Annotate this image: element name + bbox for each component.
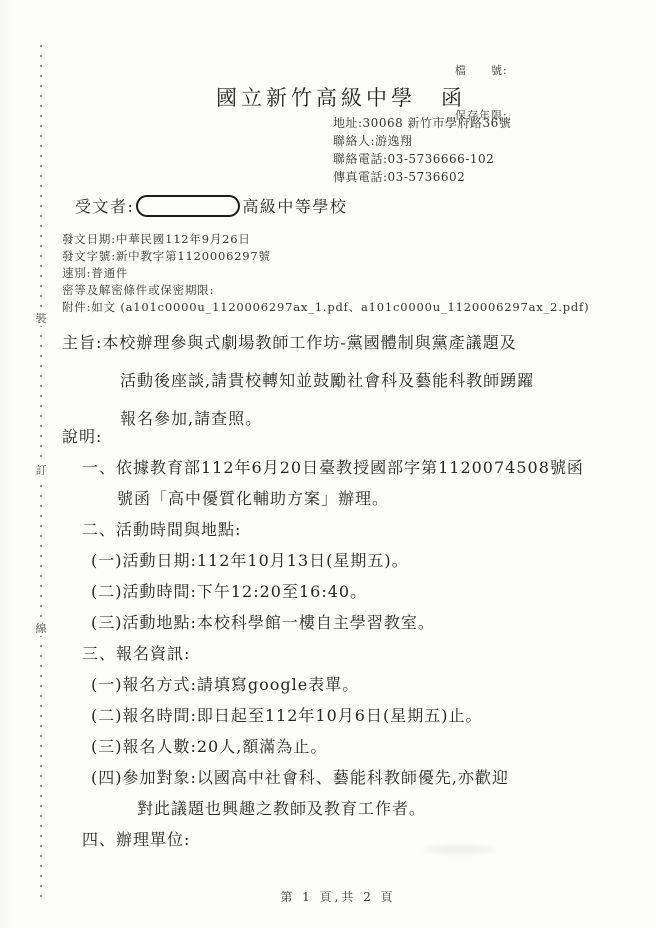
body-line: (三)報名人數:20人,額滿為止。 xyxy=(62,731,622,762)
priority-line: 速別:普通件 xyxy=(62,265,589,282)
redaction-box xyxy=(136,195,240,217)
attachment-line: 附件:如文 (a101c0000u_1120006297ax_1.pdf、a10… xyxy=(62,299,589,316)
body-line: (三)活動地點:本校科學館一樓自主學習教室。 xyxy=(62,607,622,638)
body-line: 二、活動時間與地點: xyxy=(62,514,622,545)
binding-mark-zhuang: 裝 xyxy=(31,312,51,326)
description-heading: 說明: xyxy=(62,421,622,452)
description-block: 說明: 一、依據教育部112年6月20日臺教授國部字第1120074508號函 … xyxy=(62,421,622,855)
body-line: 一、依據教育部112年6月20日臺教授國部字第1120074508號函 xyxy=(62,452,622,483)
file-number-label: 檔 號: xyxy=(455,63,508,78)
body-line: 四、辦理單位: xyxy=(62,824,622,855)
issue-date-line: 發文日期:中華民國112年9月26日 xyxy=(62,231,589,248)
subject-line: 活動後座談,請貴校轉知並鼓勵社會科及藝能科教師踴躍 xyxy=(62,362,602,400)
classification-line: 密等及解密條件或保密期限: xyxy=(62,282,589,299)
body-line: (一)報名方式:請填寫google表單。 xyxy=(62,669,622,700)
meta-block: 發文日期:中華民國112年9月26日 發文字號:新中教字第1120006297號… xyxy=(62,231,589,316)
binding-mark-ding: 訂 xyxy=(31,464,51,478)
address-line: 地址:30068 新竹市學府路36號 xyxy=(333,114,511,132)
contact-person-line: 聯絡人:游逸翔 xyxy=(333,132,511,150)
scanned-letter-sheet: 裝 訂 線 檔 號: 保存年限: 國立新竹高級中學 函 地址:30068 新竹市… xyxy=(0,0,656,928)
body-line: 號函「高中優質化輔助方案」辦理。 xyxy=(62,483,622,514)
fax-line: 傳真電話:03-5736602 xyxy=(333,168,511,186)
body-line: (二)報名時間:即日起至112年10月6日(星期五)止。 xyxy=(62,700,622,731)
binding-mark-xian: 線 xyxy=(31,622,51,636)
document-title: 國立新竹高級中學 函 xyxy=(0,82,656,112)
body-line: (一)活動日期:112年10月13日(星期五)。 xyxy=(62,545,622,576)
recipient-row: 受文者: 高級中等學校 xyxy=(75,194,347,217)
doc-number-line: 發文字號:新中教字第1120006297號 xyxy=(62,248,589,265)
body-line: (四)參加對象:以國高中社會科、藝能科教師優先,亦歡迎 xyxy=(62,762,622,793)
recipient-suffix: 高級中等學校 xyxy=(242,194,347,217)
scan-artifact xyxy=(424,845,494,854)
contact-block: 地址:30068 新竹市學府路36號 聯絡人:游逸翔 聯絡電話:03-57366… xyxy=(333,114,511,186)
body-line: 對此議題也興趣之教師及教育工作者。 xyxy=(62,793,622,824)
body-line: (二)活動時間:下午12:20至16:40。 xyxy=(62,576,622,607)
page-footer: 第 1 頁,共 2 頁 xyxy=(0,888,656,905)
body-line: 三、報名資訊: xyxy=(62,638,622,669)
recipient-label: 受文者: xyxy=(75,194,134,217)
phone-line: 聯絡電話:03-5736666-102 xyxy=(333,150,511,168)
subject-line: 主旨:本校辦理參與式劇場教師工作坊-黨國體制與黨產議題及 xyxy=(62,324,602,362)
